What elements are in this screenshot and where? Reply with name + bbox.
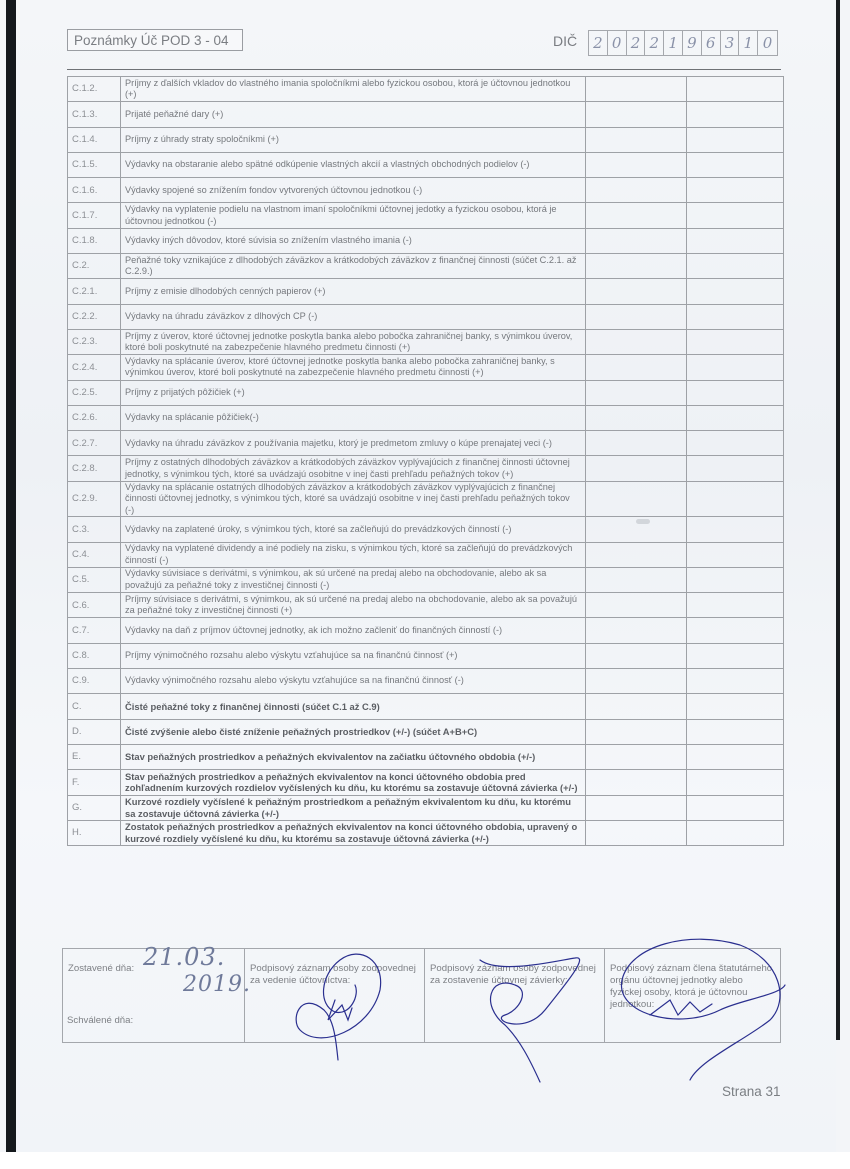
row-description: Výdavky na daň z príjmov účtovnej jednot…	[121, 618, 586, 643]
current-period-cell	[586, 694, 687, 719]
current-period-cell	[586, 304, 687, 329]
table-row: C.2.4.Výdavky na splácanie úverov, ktoré…	[68, 355, 784, 380]
row-code: C.	[68, 694, 121, 719]
scan-edge-right	[836, 0, 840, 1040]
row-code: G.	[68, 795, 121, 820]
table-row: C.2.1.Príjmy z emisie dlhodobých cenných…	[68, 279, 784, 304]
current-period-cell	[586, 431, 687, 456]
row-description: Stav peňažných prostriedkov a peňažných …	[121, 744, 586, 769]
cash-flow-table: C.1.2.Príjmy z ďalších vkladov do vlastn…	[67, 76, 784, 846]
current-period-cell	[586, 102, 687, 127]
table-row: G.Kurzové rozdiely vyčíslené k peňažným …	[68, 795, 784, 820]
table-row: C.5.Výdavky súvisiace s derivátmi, s výn…	[68, 567, 784, 592]
table-row: C.2.7.Výdavky na úhradu záväzkov z použí…	[68, 431, 784, 456]
row-code: C.8.	[68, 643, 121, 668]
row-description: Výdavky spojené so znížením fondov vytvo…	[121, 178, 586, 203]
signature-block: Zostavené dňa: 21.03. 2019. Schválené dň…	[62, 948, 781, 1043]
previous-period-cell	[687, 795, 784, 820]
approved-date-label: Schválené dňa:	[67, 1015, 133, 1027]
table-row: H.Zostatok peňažných prostriedkov a peňa…	[68, 820, 784, 845]
scan-margin-bottom	[0, 1152, 850, 1169]
row-description: Výdavky na úhradu záväzkov z dlhových CP…	[121, 304, 586, 329]
previous-period-cell	[687, 593, 784, 618]
current-period-cell	[586, 795, 687, 820]
current-period-cell	[586, 567, 687, 592]
previous-period-cell	[687, 355, 784, 380]
row-description: Príjmy z ostatných dlhodobých záväzkov a…	[121, 456, 586, 481]
previous-period-cell	[687, 542, 784, 567]
previous-period-cell	[687, 254, 784, 279]
dic-digit-box: 9	[683, 31, 702, 55]
previous-period-cell	[687, 820, 784, 845]
previous-period-cell	[687, 228, 784, 253]
row-code: C.1.8.	[68, 228, 121, 253]
dic-digit-box: 2	[645, 31, 664, 55]
dic-digit-box: 0	[758, 31, 777, 55]
previous-period-cell	[687, 380, 784, 405]
current-period-cell	[586, 178, 687, 203]
row-description: Výdavky na splácanie pôžičiek(-)	[121, 405, 586, 430]
current-period-cell	[586, 719, 687, 744]
table-row: C.1.4.Príjmy z úhrady straty spoločníkmi…	[68, 127, 784, 152]
prepared-date-label: Zostavené dňa:	[68, 963, 134, 974]
header-divider	[67, 69, 781, 70]
previous-period-cell	[687, 456, 784, 481]
row-description: Peňažné toky vznikajúce z dlhodobých záv…	[121, 254, 586, 279]
row-description: Výdavky výnimočného rozsahu alebo výskyt…	[121, 669, 586, 694]
previous-period-cell	[687, 431, 784, 456]
table-row: C.3.Výdavky na zaplatené úroky, s výnimk…	[68, 517, 784, 542]
statement-signature-label: Podpisový záznam osoby zodpovednej za zo…	[430, 963, 596, 986]
row-code: C.2.5.	[68, 380, 121, 405]
previous-period-cell	[687, 618, 784, 643]
row-code: C.1.5.	[68, 152, 121, 177]
table-row: C.2.Peňažné toky vznikajúce z dlhodobých…	[68, 254, 784, 279]
table-row: C.1.8.Výdavky iných dôvodov, ktoré súvis…	[68, 228, 784, 253]
dic-digit-box: 2	[589, 31, 608, 55]
previous-period-cell	[687, 669, 784, 694]
table-row: F.Stav peňažných prostriedkov a peňažnýc…	[68, 770, 784, 795]
current-period-cell	[586, 618, 687, 643]
row-description: Prijaté peňažné dary (+)	[121, 102, 586, 127]
current-period-cell	[586, 203, 687, 228]
table-row: C.2.6.Výdavky na splácanie pôžičiek(-)	[68, 405, 784, 430]
previous-period-cell	[687, 770, 784, 795]
previous-period-cell	[687, 178, 784, 203]
row-description: Čisté peňažné toky z finančnej činnosti …	[121, 694, 586, 719]
row-description: Príjmy výnimočného rozsahu alebo výskytu…	[121, 643, 586, 668]
previous-period-cell	[687, 152, 784, 177]
row-code: C.2.9.	[68, 481, 121, 517]
dic-digit-box: 6	[702, 31, 721, 55]
previous-period-cell	[687, 102, 784, 127]
row-code: C.2.2.	[68, 304, 121, 329]
previous-period-cell	[687, 127, 784, 152]
row-code: C.2.1.	[68, 279, 121, 304]
previous-period-cell	[687, 517, 784, 542]
dic-field: 2022196310	[588, 30, 778, 56]
row-code: C.1.6.	[68, 178, 121, 203]
accounting-signature-label: Podpisový záznam osoby zodpovednej za ve…	[250, 963, 416, 986]
row-description: Výdavky na splácanie úverov, ktoré účtov…	[121, 355, 586, 380]
row-code: C.2.4.	[68, 355, 121, 380]
statutory-signature-cell: Podpisový záznam člena štatutárneho orgá…	[605, 949, 780, 1042]
statutory-signature-label: Podpisový záznam člena štatutárneho orgá…	[610, 963, 772, 1010]
table-row: D.Čisté zvýšenie alebo čisté zníženie pe…	[68, 719, 784, 744]
previous-period-cell	[687, 643, 784, 668]
current-period-cell	[586, 669, 687, 694]
table-row: C.1.7.Výdavky na vyplatenie podielu na v…	[68, 203, 784, 228]
current-period-cell	[586, 254, 687, 279]
row-code: C.2.3.	[68, 329, 121, 354]
prepared-year-handwritten: 2019.	[183, 979, 251, 991]
row-description: Príjmy z úverov, ktoré účtovnej jednotke…	[121, 329, 586, 354]
row-description: Čisté zvýšenie alebo čisté zníženie peňa…	[121, 719, 586, 744]
row-code: C.5.	[68, 567, 121, 592]
current-period-cell	[586, 820, 687, 845]
accounting-signature-cell: Podpisový záznam osoby zodpovednej za ve…	[245, 949, 425, 1042]
row-description: Príjmy súvisiace s derivátmi, s výnimkou…	[121, 593, 586, 618]
table-row: C.2.2.Výdavky na úhradu záväzkov z dlhov…	[68, 304, 784, 329]
row-code: C.1.3.	[68, 102, 121, 127]
row-description: Výdavky na zaplatené úroky, s výnimkou t…	[121, 517, 586, 542]
row-description: Príjmy z úhrady straty spoločníkmi (+)	[121, 127, 586, 152]
current-period-cell	[586, 481, 687, 517]
dic-digit-box: 2	[627, 31, 646, 55]
row-code: C.6.	[68, 593, 121, 618]
prepared-date-handwritten: 21.03.	[143, 951, 225, 963]
previous-period-cell	[687, 719, 784, 744]
table-row: C.2.3.Príjmy z úverov, ktoré účtovnej je…	[68, 329, 784, 354]
current-period-cell	[586, 744, 687, 769]
row-code: C.2.7.	[68, 431, 121, 456]
previous-period-cell	[687, 481, 784, 517]
table-row: C.1.6.Výdavky spojené so znížením fondov…	[68, 178, 784, 203]
dic-digit-box: 0	[608, 31, 627, 55]
table-row: C.9.Výdavky výnimočného rozsahu alebo vý…	[68, 669, 784, 694]
table-row: C.1.2.Príjmy z ďalších vkladov do vlastn…	[68, 77, 784, 102]
table-row: C.1.5.Výdavky na obstaranie alebo spätné…	[68, 152, 784, 177]
previous-period-cell	[687, 279, 784, 304]
scan-edge-left	[6, 0, 16, 1152]
row-description: Výdavky na splácanie ostatných dlhodobýc…	[121, 481, 586, 517]
row-code: F.	[68, 770, 121, 795]
row-description: Stav peňažných prostriedkov a peňažných …	[121, 770, 586, 795]
current-period-cell	[586, 329, 687, 354]
current-period-cell	[586, 380, 687, 405]
current-period-cell	[586, 405, 687, 430]
row-description: Výdavky na vyplatené dividendy a iné pod…	[121, 542, 586, 567]
row-description: Výdavky iných dôvodov, ktoré súvisia so …	[121, 228, 586, 253]
current-period-cell	[586, 77, 687, 102]
row-code: C.1.2.	[68, 77, 121, 102]
row-code: C.1.7.	[68, 203, 121, 228]
dic-label: DIČ	[553, 33, 577, 49]
current-period-cell	[586, 228, 687, 253]
row-description: Výdavky na úhradu záväzkov z používania …	[121, 431, 586, 456]
row-code: C.1.4.	[68, 127, 121, 152]
current-period-cell	[586, 456, 687, 481]
current-period-cell	[586, 770, 687, 795]
table-row: C.7.Výdavky na daň z príjmov účtovnej je…	[68, 618, 784, 643]
previous-period-cell	[687, 567, 784, 592]
table-row: C.1.3.Prijaté peňažné dary (+)	[68, 102, 784, 127]
row-code: C.4.	[68, 542, 121, 567]
dates-cell: Zostavené dňa: 21.03. 2019. Schválené dň…	[63, 949, 245, 1042]
table-row: C.2.8.Príjmy z ostatných dlhodobých závä…	[68, 456, 784, 481]
row-description: Kurzové rozdiely vyčíslené k peňažným pr…	[121, 795, 586, 820]
current-period-cell	[586, 127, 687, 152]
current-period-cell	[586, 593, 687, 618]
row-code: C.9.	[68, 669, 121, 694]
dic-digit-box: 3	[721, 31, 740, 55]
current-period-cell	[586, 355, 687, 380]
table-row: E.Stav peňažných prostriedkov a peňažnýc…	[68, 744, 784, 769]
row-code: H.	[68, 820, 121, 845]
row-code: E.	[68, 744, 121, 769]
previous-period-cell	[687, 304, 784, 329]
previous-period-cell	[687, 744, 784, 769]
row-description: Príjmy z prijatých pôžičiek (+)	[121, 380, 586, 405]
statement-signature-cell: Podpisový záznam osoby zodpovednej za zo…	[425, 949, 605, 1042]
current-period-cell	[586, 643, 687, 668]
current-period-cell	[586, 152, 687, 177]
row-description: Výdavky na obstaranie alebo spätné odkúp…	[121, 152, 586, 177]
previous-period-cell	[687, 329, 784, 354]
row-description: Príjmy z emisie dlhodobých cenných papie…	[121, 279, 586, 304]
previous-period-cell	[687, 77, 784, 102]
form-code-label: Poznámky Úč POD 3 - 04	[67, 29, 243, 51]
row-code: C.2.6.	[68, 405, 121, 430]
dic-digit-box: 1	[739, 31, 758, 55]
row-code: C.7.	[68, 618, 121, 643]
row-code: D.	[68, 719, 121, 744]
previous-period-cell	[687, 203, 784, 228]
table-row: C.2.9.Výdavky na splácanie ostatných dlh…	[68, 481, 784, 517]
row-description: Príjmy z ďalších vkladov do vlastného im…	[121, 77, 586, 102]
table-row: C.Čisté peňažné toky z finančnej činnost…	[68, 694, 784, 719]
row-code: C.2.8.	[68, 456, 121, 481]
row-code: C.3.	[68, 517, 121, 542]
current-period-cell	[586, 542, 687, 567]
scan-mark	[636, 519, 650, 524]
row-code: C.2.	[68, 254, 121, 279]
table-row: C.4.Výdavky na vyplatené dividendy a iné…	[68, 542, 784, 567]
previous-period-cell	[687, 405, 784, 430]
dic-digit-box: 1	[664, 31, 683, 55]
row-description: Výdavky na vyplatenie podielu na vlastno…	[121, 203, 586, 228]
current-period-cell	[586, 279, 687, 304]
table-row: C.6.Príjmy súvisiace s derivátmi, s výni…	[68, 593, 784, 618]
table-row: C.8.Príjmy výnimočného rozsahu alebo výs…	[68, 643, 784, 668]
page-number: Strana 31	[722, 1084, 781, 1099]
previous-period-cell	[687, 694, 784, 719]
row-description: Výdavky súvisiace s derivátmi, s výnimko…	[121, 567, 586, 592]
table-row: C.2.5.Príjmy z prijatých pôžičiek (+)	[68, 380, 784, 405]
row-description: Zostatok peňažných prostriedkov a peňažn…	[121, 820, 586, 845]
